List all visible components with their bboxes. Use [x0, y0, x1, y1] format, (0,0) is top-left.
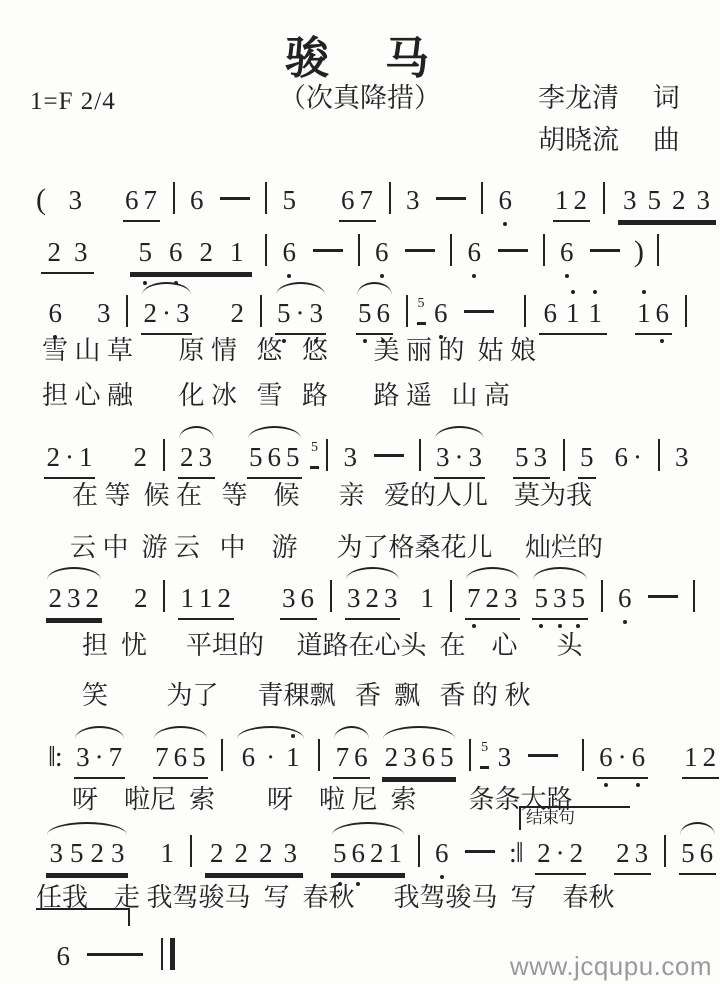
- note-group: 3: [495, 739, 514, 775]
- barline: [406, 295, 408, 327]
- note-digit: 6: [560, 234, 574, 270]
- note-digit: 5: [70, 835, 84, 871]
- note-digit: 1: [181, 580, 195, 616]
- note-group: 2·2: [535, 835, 586, 875]
- note-digit: 6: [268, 439, 282, 475]
- barline: [163, 580, 165, 612]
- note-group: 6: [188, 182, 207, 218]
- note-digit: 6: [656, 295, 670, 331]
- note-digit: 6: [352, 835, 366, 871]
- note-digit: 1: [389, 835, 403, 871]
- note-digit: 3: [76, 739, 90, 775]
- note-digit: 6: [599, 739, 613, 775]
- volta-bracket: [36, 908, 130, 926]
- ending-phrase-label: 结束句: [519, 806, 630, 830]
- note-digit: 3: [384, 580, 398, 616]
- note-group: 36: [280, 580, 317, 620]
- note-digit: 7: [144, 182, 158, 218]
- music-line: 2356216666): [35, 234, 666, 274]
- note-digit: 2: [570, 835, 584, 871]
- note-digit: 2: [231, 295, 245, 331]
- note-digit: 2: [218, 580, 232, 616]
- parenthesis: ): [634, 234, 644, 270]
- note-digit: 6: [377, 295, 391, 331]
- note-group: 2·1: [44, 439, 95, 479]
- dash: [464, 310, 494, 313]
- music-line: 35231222356216:‖结束句2·2235616: [40, 835, 720, 875]
- note-digit: 1: [199, 580, 213, 616]
- note-digit: 3: [284, 835, 298, 871]
- note-group: 67: [123, 182, 160, 222]
- barline: [265, 182, 267, 214]
- note-digit: 5: [286, 439, 300, 475]
- note-digit: 5: [358, 295, 372, 331]
- dash: [374, 454, 404, 457]
- note-digit: ·: [556, 835, 565, 871]
- note-digit: 3: [504, 580, 518, 616]
- note-digit: 2: [144, 295, 158, 331]
- note-group: 5621: [331, 835, 405, 875]
- note-digit: 5: [481, 730, 488, 766]
- note-group: 6·6: [597, 739, 648, 779]
- lyric-line: 呀 啦尼 索 呀 啦 尼 索 条条大路: [72, 784, 573, 816]
- note-digit: 7: [155, 739, 169, 775]
- barline: [389, 182, 391, 214]
- note-digit: 2: [672, 182, 686, 218]
- barline: [330, 580, 332, 612]
- note-digit: 2: [180, 439, 194, 475]
- note-digit: 2: [574, 182, 588, 218]
- parenthesis: (: [36, 182, 46, 218]
- note-digit: 3: [635, 835, 649, 871]
- note-digit: 2: [537, 835, 551, 871]
- note-group: 5621: [130, 234, 252, 274]
- note-digit: ·: [266, 739, 275, 775]
- note-digit: 2: [370, 835, 384, 871]
- note-digit: 6: [169, 234, 183, 270]
- note-digit: 3: [199, 439, 213, 475]
- note-digit: 2: [385, 739, 399, 775]
- barline: [450, 580, 452, 612]
- note-digit: ·: [455, 439, 464, 475]
- note-digit: 2: [48, 234, 62, 270]
- note-digit: 5: [515, 439, 529, 475]
- lyric-line: 担 心 融 化 冰 雪 路 路 遥 山 高: [42, 380, 510, 412]
- barline: [481, 182, 483, 214]
- composer-credit: 胡晓流 曲: [538, 118, 680, 157]
- note-digit: ·: [296, 295, 305, 331]
- final-barline: [161, 938, 175, 970]
- note-digit: 2: [47, 439, 61, 475]
- dash: [436, 197, 466, 200]
- dash: [528, 754, 558, 757]
- note-group: 323: [345, 580, 401, 620]
- note-digit: 2: [703, 739, 717, 775]
- note-group: 56: [679, 835, 716, 875]
- note-group: 3: [341, 439, 360, 475]
- note-group: 6·: [612, 439, 645, 475]
- note-group: 2365: [382, 739, 456, 779]
- lyric-line: 在 等 候 在 等 候 亲 爱的人儿 莫为我: [72, 480, 592, 512]
- note-digit: 5: [139, 234, 153, 270]
- barline: [163, 439, 165, 471]
- barline: [260, 295, 262, 327]
- note-group: 535: [532, 580, 588, 620]
- note-digit: 3: [469, 439, 483, 475]
- note-digit: 7: [360, 182, 374, 218]
- note-digit: 3: [74, 234, 88, 270]
- note-digit: 2: [486, 580, 500, 616]
- note-digit: 2: [86, 580, 100, 616]
- note-digit: 3: [553, 580, 567, 616]
- note-group: 76: [333, 739, 370, 779]
- barline: [601, 580, 603, 612]
- note-digit: 3: [176, 295, 190, 331]
- note-digit: 6: [49, 295, 63, 331]
- lyricist-credit: 李龙清 词: [538, 76, 680, 115]
- note-digit: 6: [375, 234, 389, 270]
- note-digit: 6: [499, 182, 513, 218]
- barline: [190, 835, 192, 867]
- note-group: 723: [465, 580, 521, 620]
- key-signature: 1=F 2/4: [30, 88, 116, 116]
- note-digit: 6: [632, 739, 646, 775]
- note-group: 67: [339, 182, 376, 222]
- note-digit: 3: [675, 439, 689, 475]
- note-digit: 7: [336, 739, 350, 775]
- note-group: 1: [158, 835, 177, 871]
- note-group: 6: [496, 182, 515, 218]
- note-digit: ·: [95, 739, 104, 775]
- barline: [318, 739, 320, 771]
- note-group: 23: [41, 234, 94, 274]
- note-digit: 6: [422, 739, 436, 775]
- note-group: 2·3: [141, 295, 192, 335]
- note-digit: 6: [615, 439, 629, 475]
- note-digit: 3: [67, 580, 81, 616]
- note-group: 3523: [618, 182, 716, 222]
- note-group: 6: [616, 580, 635, 616]
- note-digit: 3: [436, 439, 450, 475]
- note-digit: 2: [134, 580, 148, 616]
- music-line: 23221123632317235356: [40, 580, 702, 620]
- note-group: 565: [247, 439, 303, 479]
- note-group: 56: [356, 295, 393, 335]
- barline: [582, 739, 584, 771]
- note-group: 6: [465, 234, 484, 270]
- note-group: 3·3: [434, 439, 485, 479]
- note-digit: 3: [282, 580, 296, 616]
- note-digit: 1: [421, 580, 435, 616]
- grace-note: 5: [480, 730, 489, 767]
- note-digit: 1: [566, 295, 580, 331]
- note-group: 6: [558, 234, 577, 270]
- note-group: 1: [418, 580, 437, 616]
- note-digit: 3: [97, 295, 111, 331]
- lyric-line: 笑 为了 青稞飘 香 飘 香 的 秋: [82, 680, 531, 712]
- note-group: 2: [131, 439, 150, 475]
- note-group: 23: [614, 835, 651, 875]
- note-digit: 5: [277, 295, 291, 331]
- barline: [693, 580, 695, 612]
- note-digit: 5: [192, 739, 206, 775]
- barline: [419, 439, 421, 471]
- note-digit: 5: [648, 182, 662, 218]
- note-group: 2223: [205, 835, 303, 875]
- note-digit: 2: [200, 234, 214, 270]
- note-digit: 5: [535, 580, 549, 616]
- note-digit: 6: [174, 739, 188, 775]
- note-group: 3: [95, 295, 114, 331]
- note-digit: 2: [366, 580, 380, 616]
- note-group: 112: [178, 580, 234, 620]
- note-digit: 3: [498, 739, 512, 775]
- note-group: 3·7: [74, 739, 125, 779]
- dash: [87, 953, 143, 956]
- barline: [563, 439, 565, 471]
- note-digit: 6: [57, 938, 71, 974]
- barline: [358, 234, 360, 266]
- note-digit: 6: [283, 234, 297, 270]
- note-group: 6·1: [236, 739, 305, 775]
- dash: [648, 595, 678, 598]
- music-line: 6: [48, 938, 181, 978]
- note-digit: 1: [555, 182, 569, 218]
- sheet-music-page: 骏 马 （次真降措） 1=F 2/4 李龙清 词 胡晓流 曲 (36765673…: [0, 0, 720, 984]
- note-digit: 6: [125, 182, 139, 218]
- lyric-line: 担 忧 平坦的 道路在心头 在 心 头: [82, 630, 583, 662]
- note-digit: 2: [259, 835, 273, 871]
- note-group: 5: [280, 182, 299, 218]
- dash: [220, 197, 250, 200]
- note-digit: 1: [230, 234, 244, 270]
- music-line: ‖:3·77656·1762365536·612: [42, 730, 720, 770]
- note-digit: 6: [618, 580, 632, 616]
- watermark: www.jcqupu.com: [510, 951, 712, 982]
- note-group: 6: [280, 234, 299, 270]
- note-digit: 5: [249, 439, 263, 475]
- barline: [543, 234, 545, 266]
- dash: [313, 249, 343, 252]
- note-digit: 1: [286, 739, 300, 775]
- note-digit: 1: [589, 295, 603, 331]
- note-digit: 3: [347, 580, 361, 616]
- note-group: 2: [132, 580, 151, 616]
- note-digit: ·: [65, 439, 74, 475]
- note-digit: 6: [434, 295, 448, 331]
- note-digit: 5: [311, 430, 318, 466]
- barline: [418, 835, 420, 867]
- note-digit: 6: [435, 835, 449, 871]
- note-digit: ·: [162, 295, 171, 331]
- note-digit: 5: [572, 580, 586, 616]
- note-digit: 1: [637, 295, 651, 331]
- note-digit: 3: [623, 182, 637, 218]
- note-digit: 3: [310, 295, 324, 331]
- dash: [498, 249, 528, 252]
- note-digit: 1: [684, 739, 698, 775]
- note-digit: 5: [440, 739, 454, 775]
- note-digit: 5: [418, 286, 425, 322]
- note-digit: 6: [190, 182, 204, 218]
- note-digit: 7: [467, 580, 481, 616]
- note-group: 53: [513, 439, 550, 479]
- note-digit: ·: [618, 739, 627, 775]
- lyric-line: 云 中 游 云 中 游 为了格桑花儿 灿烂的: [70, 532, 603, 564]
- note-digit: 5: [681, 835, 695, 871]
- note-group: 6: [432, 295, 451, 331]
- dash: [590, 249, 620, 252]
- note-group: 5·3: [275, 295, 326, 335]
- note-group: 12: [682, 739, 719, 779]
- music-line: 632·325·3565661116: [40, 286, 694, 326]
- note-digit: 3: [403, 739, 417, 775]
- note-digit: 3: [406, 182, 420, 218]
- note-digit: 2: [49, 580, 63, 616]
- note-digit: 3: [69, 182, 83, 218]
- note-digit: 2: [91, 835, 105, 871]
- music-line: (3676567361235231: [30, 182, 720, 222]
- note-digit: 1: [79, 439, 93, 475]
- dash: [465, 850, 495, 853]
- lyric-line: 雪 山 草 原 情 悠 悠 美 丽 的 姑 娘: [42, 335, 536, 367]
- note-digit: 6: [354, 739, 368, 775]
- barline: [326, 439, 328, 471]
- note-group: 6: [433, 835, 452, 871]
- barline: [685, 295, 687, 327]
- barline: [450, 234, 452, 266]
- note-group: 611: [539, 295, 607, 335]
- note-group: 3523: [46, 835, 128, 875]
- note-digit: 3: [111, 835, 125, 871]
- note-digit: 5: [333, 835, 347, 871]
- music-line: 2·1223565533·35356·316: [38, 430, 720, 470]
- repeat-open: ‖:: [48, 740, 62, 776]
- note-group: 16: [635, 295, 672, 335]
- note-group: 765: [153, 739, 209, 779]
- note-digit: 6: [544, 295, 558, 331]
- barline: [126, 295, 128, 327]
- barline: [221, 739, 223, 771]
- note-digit: 7: [109, 739, 123, 775]
- note-group: 6: [46, 295, 65, 331]
- repeat-close: :‖结束句: [509, 836, 523, 872]
- note-group: 6: [373, 234, 392, 270]
- barline: [524, 295, 526, 327]
- note-digit: 3: [534, 439, 548, 475]
- note-group: 2: [228, 295, 247, 331]
- note-digit: 6: [341, 182, 355, 218]
- note-digit: 2: [616, 835, 630, 871]
- note-digit: 2: [235, 835, 249, 871]
- barline: [664, 835, 666, 867]
- barline: [603, 182, 605, 214]
- dash: [405, 249, 435, 252]
- note-digit: 2: [134, 439, 148, 475]
- note-group: 3: [673, 439, 692, 475]
- grace-note: 5: [417, 286, 426, 323]
- barline: [173, 182, 175, 214]
- note-digit: 5: [580, 439, 594, 475]
- note-digit: 6: [242, 739, 256, 775]
- note-group: 5: [578, 439, 597, 479]
- note-group: 23: [178, 439, 215, 479]
- barline: [265, 234, 267, 266]
- note-digit: 6: [700, 835, 714, 871]
- note-group: 3: [66, 182, 85, 218]
- note-digit: 6: [301, 580, 315, 616]
- note-group: 3: [404, 182, 423, 218]
- note-digit: 3: [697, 182, 711, 218]
- note-digit: 6: [468, 234, 482, 270]
- barline: [657, 234, 659, 266]
- note-digit: ·: [633, 439, 642, 475]
- note-group: 6: [54, 938, 73, 974]
- note-digit: 2: [210, 835, 224, 871]
- grace-note: 5: [310, 430, 319, 467]
- note-digit: 3: [50, 835, 64, 871]
- note-digit: 5: [283, 182, 297, 218]
- note-digit: 1: [161, 835, 175, 871]
- barline: [469, 739, 471, 771]
- note-group: 232: [46, 580, 102, 620]
- barline: [658, 439, 660, 471]
- note-digit: 3: [344, 439, 358, 475]
- note-group: 12: [553, 182, 590, 222]
